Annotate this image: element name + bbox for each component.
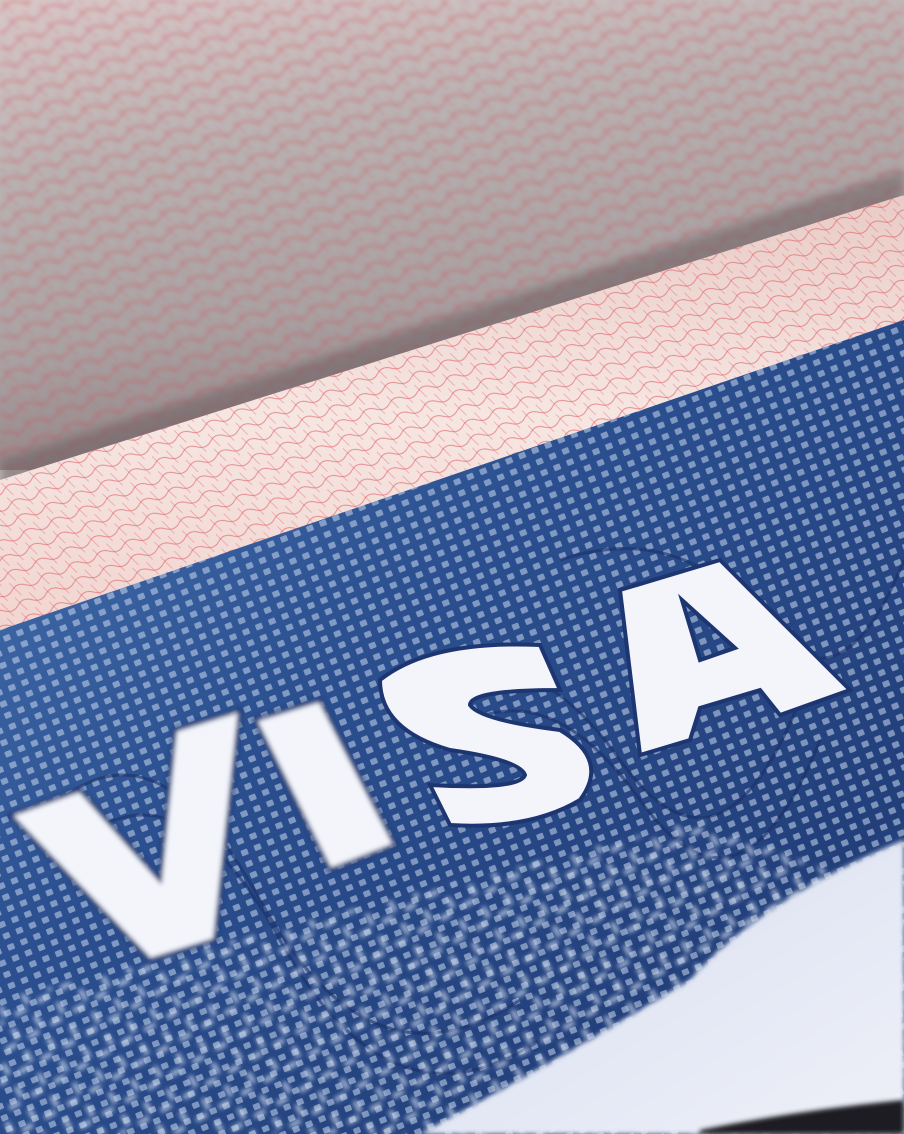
visa-photo-illustration [0, 0, 904, 1134]
visa-photo: VISA THE UNITED STATES OF AMERICA [0, 0, 904, 1134]
